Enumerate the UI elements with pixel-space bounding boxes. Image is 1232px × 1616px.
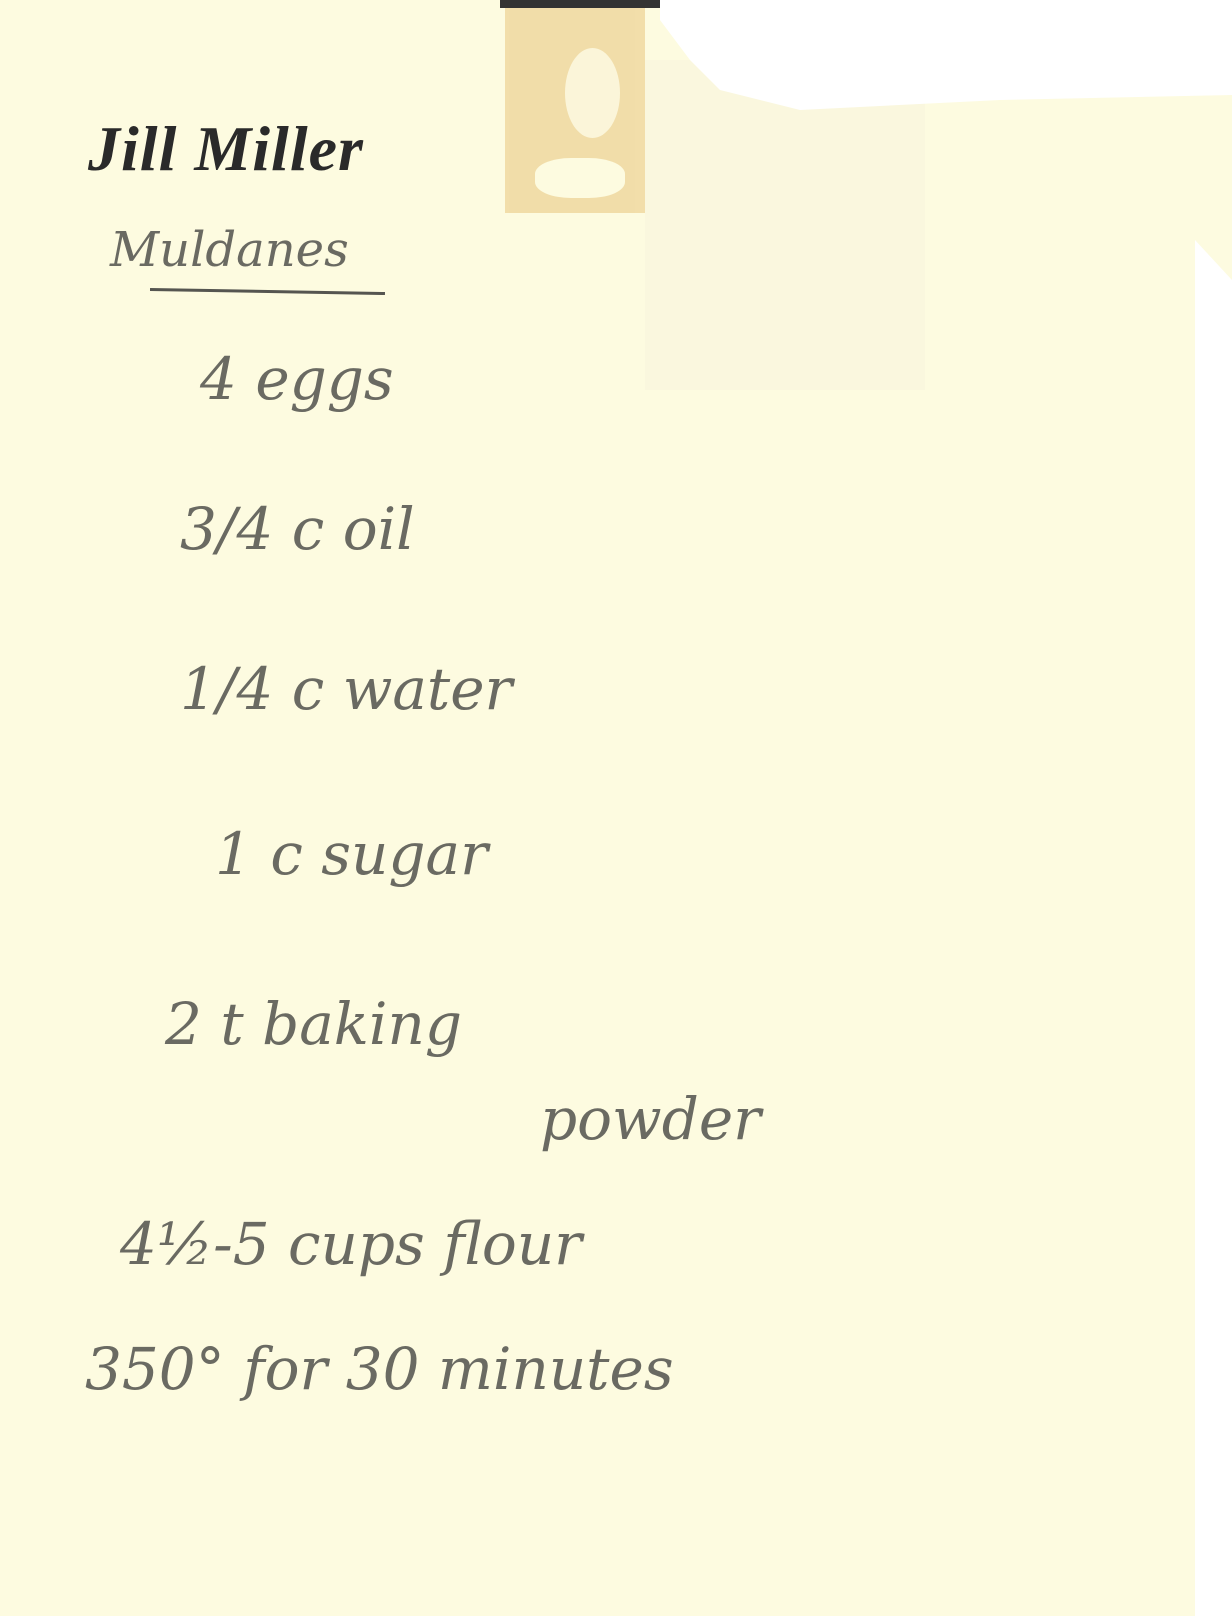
recipe-card: Jill Miller Muldanes 4 eggs 3/4 c oil 1/…	[0, 0, 1232, 1616]
ingredient-eggs: 4 eggs	[200, 345, 394, 413]
ingredient-baking: 2 t baking	[165, 990, 462, 1058]
tape-stain	[505, 8, 645, 213]
ingredient-sugar: 1 c sugar	[215, 820, 488, 888]
recipe-title: Muldanes	[110, 222, 349, 278]
printed-name: Jill Miller	[88, 112, 364, 186]
baking-instructions: 350° for 30 minutes	[85, 1335, 674, 1403]
ingredient-flour: 4½-5 cups flour	[120, 1210, 582, 1278]
ingredient-oil: 3/4 c oil	[180, 495, 415, 563]
ingredient-powder: powder	[540, 1085, 761, 1153]
ingredient-water: 1/4 c water	[180, 655, 512, 723]
title-underline	[150, 288, 385, 295]
tape-strip	[645, 60, 925, 390]
